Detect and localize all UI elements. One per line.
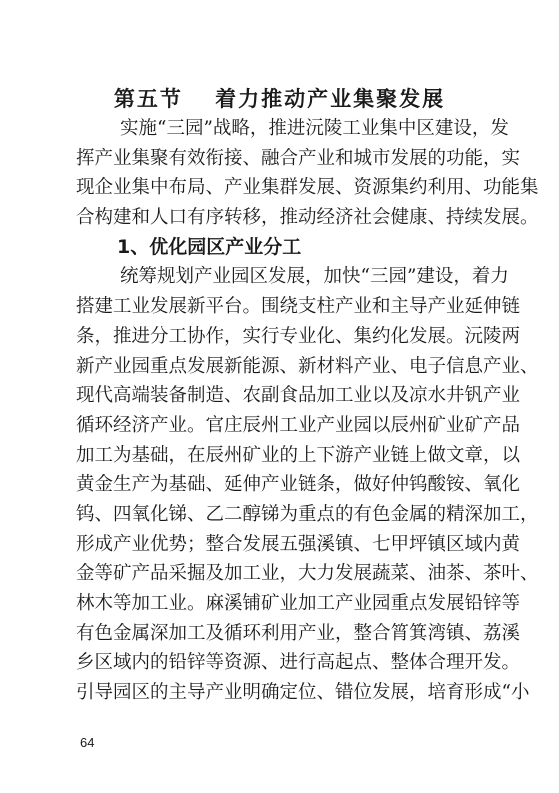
text-line: 搭建工业发展新平台。围绕支柱产业和主导产业延伸链	[76, 292, 481, 322]
text-line: 黄金生产为基础、延伸产业链条，做好仲钨酸铵、氧化	[76, 470, 481, 500]
text-line: 乡区域内的铅锌等资源、进行高起点、整体合理开发。	[76, 648, 481, 678]
text-line: 有色金属深加工及循环利用产业，整合筲箕湾镇、荔溪	[76, 619, 481, 649]
text-line: 统筹规划产业园区发展，加快“三园”建设，着力	[120, 262, 481, 292]
text-line: 合构建和人口有序转移，推动经济社会健康、持续发展。	[76, 203, 481, 233]
text-line: 金等矿产品采掘及加工业，大力发展蔬菜、油茶、茶叶、	[76, 559, 481, 589]
text-line: 循环经济产业。官庄辰州工业产业园以辰州矿业矿产品	[76, 411, 481, 441]
text-line: 条，推进分工协作，实行专业化、集约化发展。沅陵两	[76, 322, 481, 352]
text-line: 引导园区的主导产业明确定位、错位发展，培育形成“小	[76, 678, 481, 708]
text-line: 实施“三园”战略，推进沅陵工业集中区建设，发	[120, 114, 481, 144]
text-line: 钨、四氧化锑、乙二醇锑为重点的有色金属的精深加工，	[76, 500, 481, 530]
text-line: 加工为基础，在辰州矿业的上下游产业链上做文章，以	[76, 441, 481, 471]
text-line: 林木等加工业。麻溪铺矿业加工产业园重点发展铅锌等	[76, 589, 481, 619]
text-line: 现企业集中布局、产业集群发展、资源集约利用、功能集	[76, 173, 481, 203]
subheading: 1、优化园区产业分工	[117, 232, 301, 262]
text-line: 形成产业优势；整合发展五强溪镇、七甲坪镇区域内黄	[76, 530, 481, 560]
text-line: 新产业园重点发展新能源、新材料产业、电子信息产业、	[76, 352, 481, 382]
section-title: 第五节 着力推动产业集聚发展	[0, 83, 559, 113]
page-number: 64	[80, 735, 94, 750]
text-line: 现代高端装备制造、农副食品加工业以及凉水井钒产业	[76, 381, 481, 411]
text-line: 挥产业集聚有效衔接、融合产业和城市发展的功能，实	[76, 144, 481, 174]
